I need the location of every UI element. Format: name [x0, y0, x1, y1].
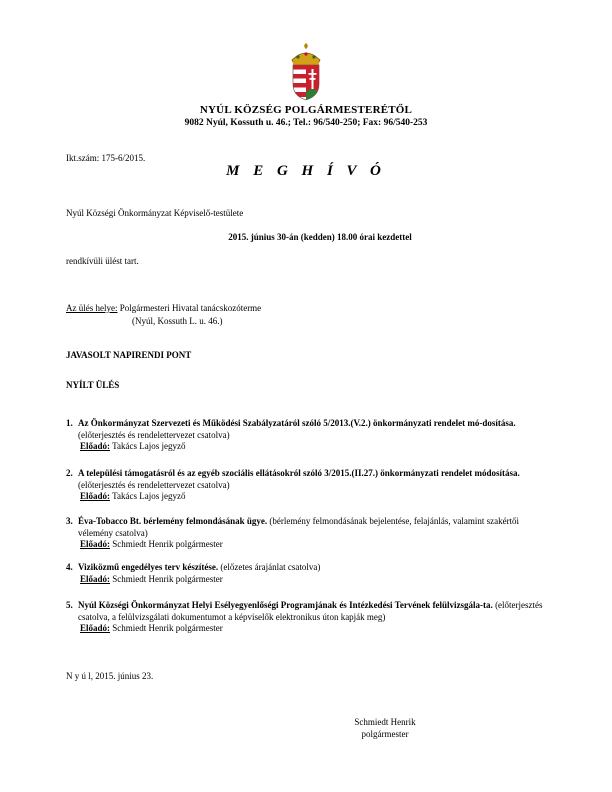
agenda-item-2: 2. A települési támogatásról és az egyéb…: [66, 468, 556, 503]
venue: Az ülés helye: Polgármesteri Hivatal tan…: [66, 303, 261, 313]
agenda-item-title: Éva-Tobacco Bt. bérlemény felmondásának …: [78, 516, 267, 526]
presenter-label: Előadó:: [80, 441, 110, 451]
invitation-title: M E G H Í V Ó: [0, 163, 612, 180]
place-date: N y ú l, 2015. június 23.: [66, 671, 153, 681]
presenter-label: Előadó:: [80, 574, 110, 584]
agenda-item-title: Viziközmű engedélyes terv készítése.: [78, 562, 218, 572]
presenter-name: Schmiedt Henrik polgármester: [112, 574, 222, 584]
session-heading: NYÍLT ÜLÉS: [66, 380, 119, 390]
agenda-item-number: 4.: [66, 562, 73, 574]
presenter-name: Schmiedt Henrik polgármester: [112, 539, 222, 549]
agenda-item-note: (előzetes árajánlat csatolva): [220, 562, 320, 572]
signatory-name: Schmiedt Henrik: [300, 717, 470, 727]
meeting-datetime: 2015. június 30-án (kedden) 18.00 órai k…: [200, 232, 440, 242]
meeting-type: rendkívüli ülést tart.: [66, 256, 139, 266]
presenter-label: Előadó:: [80, 539, 110, 549]
presenter-name: Schmiedt Henrik polgármester: [112, 623, 222, 633]
venue-label: Az ülés helye:: [66, 303, 117, 313]
reference-label: Ikt.szám:: [66, 153, 99, 163]
presenter-name: Takács Lajos jegyző: [112, 441, 185, 451]
agenda-heading: JAVASOLT NAPIRENDI PONT: [66, 350, 191, 360]
agenda-item-5: 5. Nyúl Községi Önkormányzat Helyi Esély…: [66, 600, 556, 635]
presenter-label: Előadó:: [80, 491, 110, 501]
presenter-label: Előadó:: [80, 623, 110, 633]
agenda-item-number: 5.: [66, 600, 73, 612]
agenda-item-number: 1.: [66, 418, 73, 430]
agenda-item-1: 1. Az Önkormányzat Szervezeti és Működés…: [66, 418, 556, 453]
agenda-item-title: Az Önkormányzat Szervezeti és Működési S…: [78, 418, 516, 428]
agenda-item-note: (előterjesztés és rendelettervezet csato…: [78, 430, 230, 440]
addressee: Nyúl Községi Önkormányzat Képviselő-test…: [66, 208, 243, 218]
coat-of-arms-icon: [284, 40, 328, 102]
issuer-address: 9082 Nyúl, Kossuth u. 46.; Tel.: 96/540-…: [0, 118, 612, 128]
agenda-item-title: Nyúl Községi Önkormányzat Helyi Esélyegy…: [78, 600, 493, 610]
agenda-item-4: 4. Viziközmű engedélyes terv készítése. …: [66, 562, 556, 585]
presenter-name: Takács Lajos jegyző: [112, 491, 185, 501]
agenda-item-3: 3. Éva-Tobacco Bt. bérlemény felmondásán…: [66, 516, 556, 551]
agenda-item-number: 2.: [66, 468, 73, 480]
reference-number: Ikt.szám: 175-6/2015.: [66, 153, 145, 163]
venue-line2: (Nyúl, Kossuth L. u. 46.): [132, 316, 223, 326]
signatory-title: polgármester: [300, 729, 470, 739]
agenda-item-title: A települési támogatásról és az egyéb sz…: [78, 468, 520, 478]
reference-value: 175-6/2015.: [102, 153, 146, 163]
agenda-item-note: (előterjesztés és rendelettervezet csato…: [78, 480, 230, 490]
venue-line1: Polgármesteri Hivatal tanácskozóterme: [120, 303, 261, 313]
agenda-item-number: 3.: [66, 516, 73, 528]
issuer-title: NYÚL KÖZSÉG POLGÁRMESTERÉTŐL: [0, 104, 612, 116]
